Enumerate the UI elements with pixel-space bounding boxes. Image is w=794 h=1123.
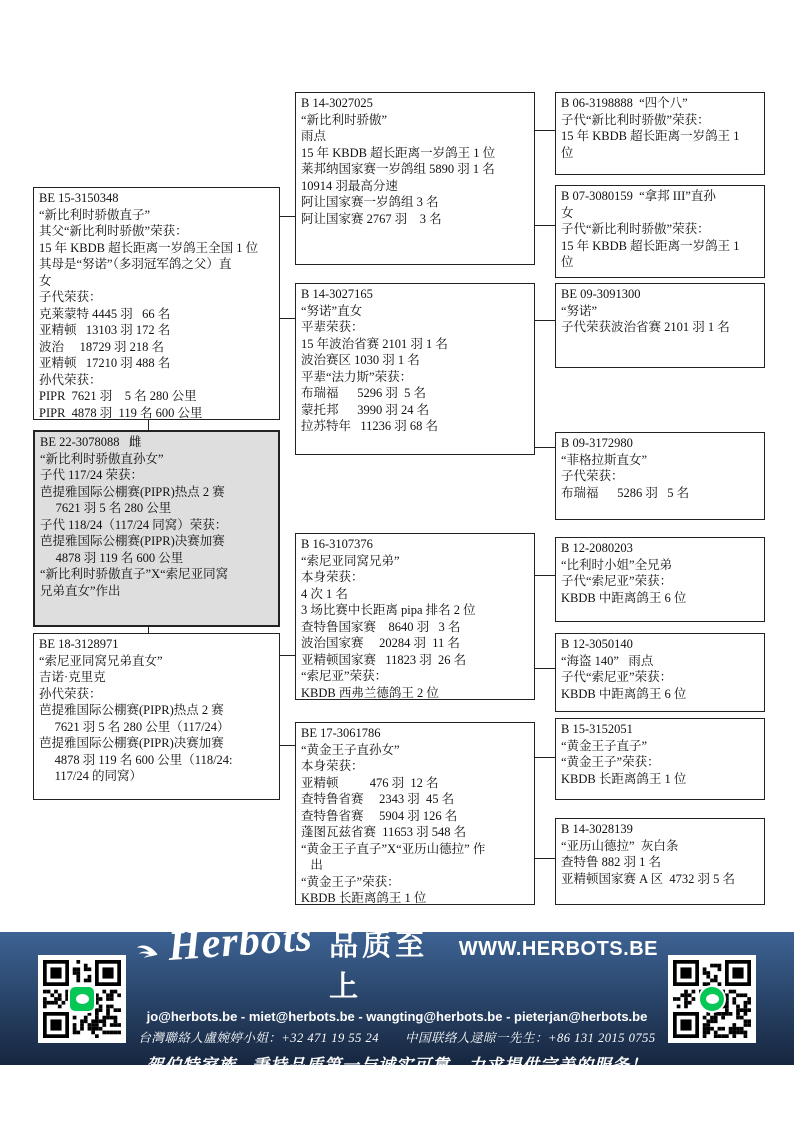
- pedigree-line: 兄弟直女”作出: [40, 583, 273, 600]
- pedigree-line: 117/24 的同窝）: [39, 768, 274, 785]
- wing-icon: [136, 941, 158, 961]
- pedigree-line: 芭提雅国际公棚赛(PIPR)热点 2 赛: [40, 484, 273, 501]
- pedigree-line: “索尼亚同窝兄弟”: [301, 553, 529, 570]
- pedigree-box-m1: B 14-3027025“新比利时骄傲”雨点15 年 KBDB 超长距离一岁鸽王…: [295, 92, 535, 265]
- pedigree-line: “菲格拉斯直女”: [561, 452, 759, 469]
- pedigree-line: 女: [561, 205, 759, 222]
- website-link[interactable]: WWW.HERBOTS.BE: [459, 938, 658, 961]
- pedigree-line: “新比利时骄傲直子”X“索尼亚同窝: [40, 566, 273, 583]
- footer-band: Herbots 品质至上 WWW.HERBOTS.BE jo@herbots.b…: [0, 932, 794, 1065]
- connector-line: [534, 858, 556, 859]
- pedigree-line: “海盗 140” 雨点: [561, 653, 759, 670]
- pedigree-line: 波治赛区 1030 羽 1 名: [301, 352, 529, 369]
- logo-row: Herbots 品质至上 WWW.HERBOTS.BE: [136, 922, 658, 1005]
- pedigree-line: 平辈“法力斯”荣获：: [301, 369, 529, 386]
- connector-line: [280, 745, 296, 746]
- pedigree-line: BE 17-3061786: [301, 725, 529, 742]
- herbots-logo: Herbots: [167, 917, 314, 967]
- pedigree-line: 位: [561, 254, 759, 271]
- connector-line: [148, 419, 149, 431]
- pedigree-line: 拉苏特年 11236 羽 68 名: [301, 418, 529, 435]
- pedigree-line: B 06-3198888 “四个八”: [561, 95, 759, 112]
- pedigree-line: 7621 羽 5 名 280 公里（117/24）: [39, 719, 274, 736]
- pedigree-line: BE 22-3078088 雌: [40, 434, 273, 451]
- wechat-icon: [698, 985, 726, 1013]
- pedigree-line: B 07-3080159 “拿邦 III”直孙: [561, 188, 759, 205]
- line-icon: [68, 985, 96, 1013]
- pedigree-line: 查特鲁国家赛 8640 羽 3 名: [301, 619, 529, 636]
- pedigree-line: KBDB 长距离鸽王 1 位: [301, 890, 529, 905]
- pedigree-line: 亚精顿国家赛 11823 羽 26 名: [301, 652, 529, 669]
- pedigree-line: 子代 117/24 荣获：: [40, 467, 273, 484]
- pedigree-line: 子代荣获：: [561, 468, 759, 485]
- footer-center: Herbots 品质至上 WWW.HERBOTS.BE jo@herbots.b…: [136, 922, 658, 1076]
- pedigree-line: BE 15-3150348: [39, 190, 274, 207]
- pedigree-box-r2: B 07-3080159 “拿邦 III”直孙女子代“新比利时骄傲”荣获：15 …: [555, 185, 765, 278]
- pedigree-line: “黄金王子”荣获：: [561, 754, 759, 771]
- pedigree-line: 15 年 KBDB 超长距离一岁鸽王 1 位: [301, 145, 529, 162]
- pedigree-line: “黄金王子”荣获：: [301, 874, 529, 891]
- pedigree-line: B 09-3172980: [561, 435, 759, 452]
- pedigree-line: 10914 羽最高分速: [301, 178, 529, 195]
- pedigree-box-l3: BE 18-3128971“索尼亚同窝兄弟直女”吉诺·克里克孙代荣获：芭提雅国际…: [33, 633, 280, 800]
- pedigree-line: “黄金王子直子”: [561, 738, 759, 755]
- connector-line: [534, 225, 556, 226]
- pedigree-line: 15 年 KBDB 超长距离一岁鸽王全国 1 位: [39, 240, 274, 257]
- pedigree-line: B 12-2080203: [561, 540, 759, 557]
- pedigree-line: 15 年 KBDB 超长距离一岁鸽王 1: [561, 238, 759, 255]
- pedigree-line: 其父“新比利时骄傲”荣获：: [39, 223, 274, 240]
- pedigree-line: BE 09-3091300: [561, 286, 759, 303]
- pedigree-line: B 14-3027165: [301, 286, 529, 303]
- pedigree-line: 出: [301, 857, 529, 874]
- pedigree-box-r4: B 09-3172980“菲格拉斯直女”子代荣获：布瑞福 5286 羽 5 名: [555, 432, 765, 520]
- quality-slogan: 品质至上: [329, 923, 443, 1005]
- connector-line: [534, 575, 556, 576]
- pedigree-line: “索尼亚同窝兄弟直女”: [39, 653, 274, 670]
- connector-line: [280, 655, 296, 656]
- email-line[interactable]: jo@herbots.be - miet@herbots.be - wangti…: [147, 1009, 648, 1024]
- pedigree-line: 本身荣获：: [301, 758, 529, 775]
- pedigree-line: 子代荣获：: [39, 289, 274, 306]
- pedigree-line: “新比利时骄傲”: [301, 112, 529, 129]
- pedigree-line: 吉诺·克里克: [39, 669, 274, 686]
- pedigree-line: 芭提雅国际公棚赛(PIPR)决赛加赛: [39, 735, 274, 752]
- pedigree-line: 亚精顿 476 羽 12 名: [301, 775, 529, 792]
- pedigree-line: “黄金王子直孙女”: [301, 742, 529, 759]
- connector-line: [280, 216, 296, 217]
- pedigree-line: 平辈荣获：: [301, 319, 529, 336]
- pedigree-box-m3: B 16-3107376“索尼亚同窝兄弟”本身荣获：4 次 1 名3 场比赛中长…: [295, 533, 535, 700]
- contact-line: 台灣聯絡人盧婉婷小姐：+32 471 19 55 24 中国联络人逯晾一先生：+…: [138, 1028, 655, 1046]
- pedigree-page: BE 15-3150348“新比利时骄傲直子”其父“新比利时骄傲”荣获：15 年…: [0, 0, 794, 1123]
- pedigree-line: 孙代荣获：: [39, 686, 274, 703]
- pedigree-line: “努诺”: [561, 303, 759, 320]
- pedigree-line: 位: [561, 145, 759, 162]
- pedigree-line: 波治国家赛 20284 羽 11 名: [301, 635, 529, 652]
- pedigree-line: 亚精顿 13103 羽 172 名: [39, 322, 274, 339]
- pedigree-line: PIPR 4878 羽 119 名 600 公里: [39, 405, 274, 421]
- connector-line: [534, 130, 556, 131]
- pedigree-line: 波治 18729 羽 218 名: [39, 339, 274, 356]
- pedigree-line: 查特鲁 882 羽 1 名: [561, 854, 759, 871]
- pedigree-box-r7: B 15-3152051“黄金王子直子”“黄金王子”荣获：KBDB 长距离鸽王 …: [555, 718, 765, 800]
- pedigree-line: 布瑞福 5296 羽 5 名: [301, 385, 529, 402]
- line-qr-code[interactable]: [38, 955, 126, 1043]
- connector-line: [534, 757, 556, 758]
- pedigree-line: 4878 羽 119 名 600 公里（118/24:: [39, 752, 274, 769]
- pedigree-line: 4878 羽 119 名 600 公里: [40, 550, 273, 567]
- pedigree-box-m2: B 14-3027165“努诺”直女平辈荣获：15 年波治省赛 2101 羽 1…: [295, 283, 535, 455]
- pedigree-line: 3 场比赛中长距离 pipa 排名 2 位: [301, 602, 529, 619]
- pedigree-line: B 14-3027025: [301, 95, 529, 112]
- pedigree-line: “黄金王子直子”X“亚历山德拉” 作: [301, 841, 529, 858]
- pedigree-line: 阿让国家赛 2767 羽 3 名: [301, 211, 529, 228]
- pedigree-line: 子代“索尼亚”荣获：: [561, 669, 759, 686]
- connector-line: [280, 318, 296, 319]
- pedigree-line: 克莱蒙特 4445 羽 66 名: [39, 306, 274, 323]
- pedigree-line: 查特鲁省赛 2343 羽 45 名: [301, 791, 529, 808]
- pedigree-line: B 14-3028139: [561, 821, 759, 838]
- pedigree-box-r3: BE 09-3091300“努诺”子代荣获波治省赛 2101 羽 1 名: [555, 283, 765, 368]
- pedigree-line: 其母是“努诺”（多羽冠军鸽之父）直: [39, 256, 274, 273]
- connector-line: [534, 668, 556, 669]
- pedigree-line: KBDB 长距离鸽王 1 位: [561, 771, 759, 788]
- pedigree-line: “亚历山德拉” 灰白条: [561, 838, 759, 855]
- pedigree-line: B 16-3107376: [301, 536, 529, 553]
- pedigree-box-r8: B 14-3028139“亚历山德拉” 灰白条查特鲁 882 羽 1 名亚精顿国…: [555, 818, 765, 905]
- pedigree-line: 7621 羽 5 名 280 公里: [40, 500, 273, 517]
- connector-line: [534, 320, 556, 321]
- pedigree-line: 女: [39, 273, 274, 290]
- pedigree-line: 芭提雅国际公棚赛(PIPR)热点 2 赛: [39, 702, 274, 719]
- pedigree-line: B 12-3050140: [561, 636, 759, 653]
- pedigree-line: 亚精顿 17210 羽 488 名: [39, 355, 274, 372]
- pedigree-box-r1: B 06-3198888 “四个八”子代“新比利时骄傲”荣获：15 年 KBDB…: [555, 92, 765, 175]
- pedigree-line: 子代 118/24（117/24 同窝）荣获：: [40, 517, 273, 534]
- pedigree-line: “比利时小姐”全兄弟: [561, 557, 759, 574]
- connector-line: [534, 447, 556, 448]
- pedigree-box-m4: BE 17-3061786“黄金王子直孙女”本身荣获：亚精顿 476 羽 12 …: [295, 722, 535, 905]
- pedigree-line: KBDB 西弗兰德鸽王 2 位: [301, 685, 529, 701]
- pedigree-line: “新比利时骄傲直子”: [39, 207, 274, 224]
- pedigree-line: 亚精顿国家赛 A 区 4732 羽 5 名: [561, 871, 759, 888]
- pedigree-line: KBDB 中距离鸽王 6 位: [561, 686, 759, 703]
- pedigree-line: B 15-3152051: [561, 721, 759, 738]
- pedigree-line: 阿让国家赛一岁鸽组 3 名: [301, 194, 529, 211]
- pedigree-line: “索尼亚”荣获：: [301, 668, 529, 685]
- pedigree-box-r5: B 12-2080203“比利时小姐”全兄弟子代“索尼亚”荣获：KBDB 中距离…: [555, 537, 765, 622]
- pedigree-line: 15 年波治省赛 2101 羽 1 名: [301, 336, 529, 353]
- wechat-qr-code[interactable]: [668, 955, 756, 1043]
- pedigree-line: 孙代荣获：: [39, 372, 274, 389]
- connector-line: [148, 626, 149, 634]
- pedigree-line: 子代荣获波治省赛 2101 羽 1 名: [561, 319, 759, 336]
- pedigree-line: 雨点: [301, 128, 529, 145]
- pedigree-line: “新比利时骄傲直孙女”: [40, 451, 273, 468]
- footer-slogan: 贺伯特家族...秉持品质第一与诚实可靠，力求提供完美的服务！: [146, 1051, 648, 1076]
- pedigree-box-l2: BE 22-3078088 雌“新比利时骄傲直孙女”子代 117/24 荣获：芭…: [33, 430, 280, 627]
- pedigree-line: 子代“新比利时骄傲”荣获：: [561, 112, 759, 129]
- pedigree-line: KBDB 中距离鸽王 6 位: [561, 590, 759, 607]
- pedigree-line: 子代“新比利时骄傲”荣获：: [561, 221, 759, 238]
- pedigree-line: 布瑞福 5286 羽 5 名: [561, 485, 759, 502]
- pedigree-line: 芭提雅国际公棚赛(PIPR)决赛加赛: [40, 533, 273, 550]
- pedigree-line: 查特鲁省赛 5904 羽 126 名: [301, 808, 529, 825]
- pedigree-line: 蓬图瓦兹省赛 11653 羽 548 名: [301, 824, 529, 841]
- pedigree-box-r6: B 12-3050140“海盗 140” 雨点子代“索尼亚”荣获：KBDB 中距…: [555, 633, 765, 712]
- pedigree-line: 4 次 1 名: [301, 586, 529, 603]
- pedigree-line: 15 年 KBDB 超长距离一岁鸽王 1: [561, 128, 759, 145]
- pedigree-line: BE 18-3128971: [39, 636, 274, 653]
- pedigree-line: 蒙托邦 3990 羽 24 名: [301, 402, 529, 419]
- pedigree-line: “努诺”直女: [301, 303, 529, 320]
- pedigree-line: 莱邦纳国家赛一岁鸽组 5890 羽 1 名: [301, 161, 529, 178]
- pedigree-line: PIPR 7621 羽 5 名 280 公里: [39, 388, 274, 405]
- pedigree-line: 子代“索尼亚”荣获：: [561, 573, 759, 590]
- pedigree-line: 本身荣获：: [301, 569, 529, 586]
- pedigree-box-l1: BE 15-3150348“新比利时骄傲直子”其父“新比利时骄傲”荣获：15 年…: [33, 187, 280, 420]
